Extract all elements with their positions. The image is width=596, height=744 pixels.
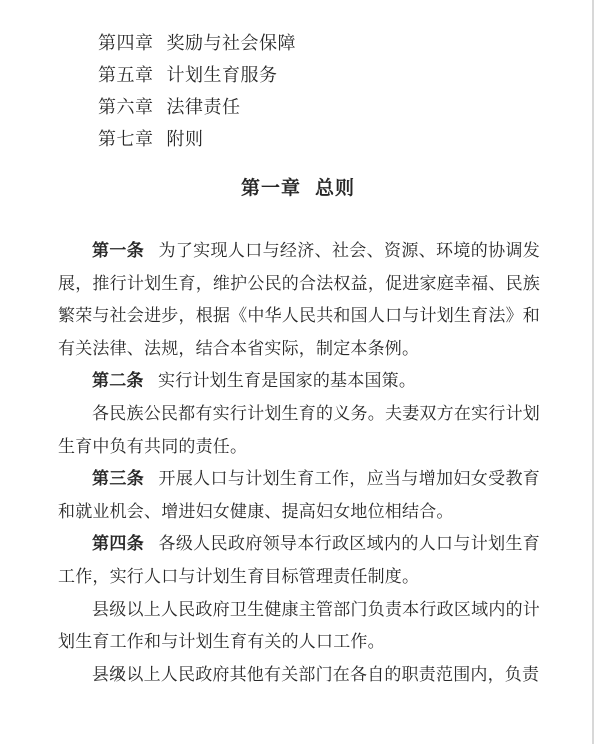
paragraph: 第二条实行计划生育是国家的基本国策。 [58,365,540,398]
article-number-label: 第二条 [92,371,144,390]
toc-chapter-label: 第五章 [98,65,154,85]
toc-chapter-title: 奖励与社会保障 [167,33,297,53]
document-body: 第一条为了实现人口与经济、社会、资源、环境的协调发展，推行计划生育，维护公民的合… [0,235,540,691]
paragraph-text: 实行计划生育是国家的基本国策。 [158,371,416,390]
toc-item: 第六章法律责任 [98,91,596,123]
table-of-contents: 第四章奖励与社会保障 第五章计划生育服务 第六章法律责任 第七章附则 [0,0,596,155]
toc-chapter-title: 法律责任 [167,97,241,117]
chapter-heading: 第一章总则 [0,177,596,201]
toc-chapter-label: 第七章 [98,129,154,149]
toc-item: 第七章附则 [98,123,596,155]
toc-item: 第四章奖励与社会保障 [98,27,596,59]
toc-chapter-label: 第四章 [98,33,154,53]
chapter-heading-title: 总则 [315,178,355,199]
paragraph-text: 县级以上人民政府其他有关部门在各自的职责范围内，负责 [92,665,539,684]
article-number-label: 第四条 [92,534,144,553]
toc-chapter-label: 第六章 [98,97,154,117]
document-page: 第四章奖励与社会保障 第五章计划生育服务 第六章法律责任 第七章附则 第一章总则… [0,0,596,744]
paragraph: 县级以上人民政府卫生健康主管部门负责本行政区域内的计划生育工作和与计划生育有关的… [58,594,540,659]
paragraph: 第四条各级人民政府领导本行政区域内的人口与计划生育工作，实行人口与计划生育目标管… [58,528,540,593]
scan-edge-line [592,0,594,744]
toc-item: 第五章计划生育服务 [98,59,596,91]
paragraph-text: 各民族公民都有实行计划生育的义务。夫妻双方在实行计划生育中负有共同的责任。 [58,404,540,456]
toc-chapter-title: 计划生育服务 [167,65,278,85]
page-number: - 2 - [100,666,140,683]
paragraph: 第三条开展人口与计划生育工作，应当与增加妇女受教育和就业机会、增进妇女健康、提高… [58,463,540,528]
article-number-label: 第一条 [92,241,144,260]
article-number-label: 第三条 [92,469,144,488]
chapter-heading-number: 第一章 [241,178,301,199]
toc-chapter-title: 附则 [167,129,204,149]
paragraph: 各民族公民都有实行计划生育的义务。夫妻双方在实行计划生育中负有共同的责任。 [58,398,540,463]
paragraph: 第一条为了实现人口与经济、社会、资源、环境的协调发展，推行计划生育，维护公民的合… [58,235,540,365]
paragraph-text: 县级以上人民政府卫生健康主管部门负责本行政区域内的计划生育工作和与计划生育有关的… [58,600,540,652]
